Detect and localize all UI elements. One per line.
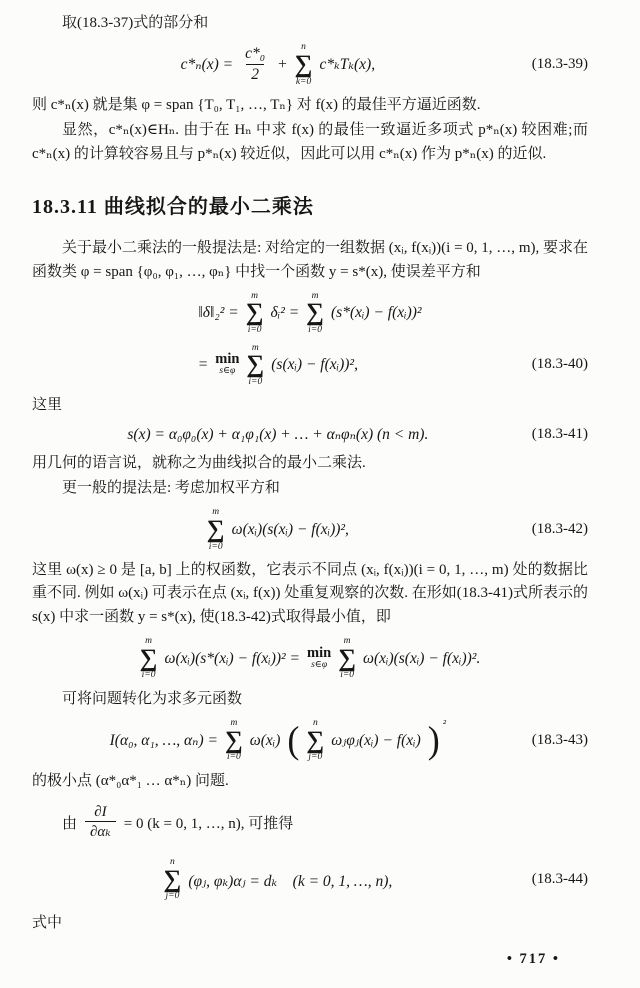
equation-18-3-43: I(α₀, α₁, …, αₙ) = m ∑ i=0 ω(xᵢ) ( n ∑ j… <box>32 718 588 763</box>
eq40-equals: = <box>198 356 208 374</box>
sigma-icon: ∑ <box>246 301 264 325</box>
eq44-body: (φⱼ, φₖ)αⱼ = dₖ (k = 0, 1, …, n), <box>188 869 392 891</box>
intro-line: 取(18.3-37)式的部分和 <box>32 12 588 35</box>
equation-number: (18.3-42) <box>532 521 588 538</box>
eq43-inner: ωⱼφⱼ(xᵢ) − f(xᵢ) <box>331 731 421 750</box>
partial-derivative-line: 由 ∂I ∂αₖ = 0 (k = 0, 1, …, n), 可推得 <box>32 803 588 841</box>
equation-number: (18.3-43) <box>532 732 588 749</box>
eq40-rhs: (s*(xᵢ) − f(xᵢ))² <box>331 304 422 322</box>
equation-18-3-42: m ∑ i=0 ω(xᵢ)(s(xᵢ) − f(xᵢ))², (18.3-42) <box>32 507 588 552</box>
paragraph-weight-function: 这里 ω(x) ≥ 0 是 [a, b] 上的权函数，它表示不同点 (xᵢ, f… <box>32 559 588 629</box>
equation-body: c*ₙ(x) = c*₀ 2 + n ∑ k=0 c*ₖTₖ(x), <box>32 42 524 87</box>
partial-prefix: 由 <box>62 812 77 833</box>
eq40-line2-rhs: (s(xᵢ) − f(xᵢ))², <box>271 356 358 374</box>
big-left-paren: ( <box>287 726 299 754</box>
sigma-icon: ∑ <box>306 729 324 753</box>
after-eq39-line: 则 c*ₙ(x) 就是集 φ = span {T₀, T₁, …, Tₙ} 对 … <box>32 94 588 117</box>
eq43-lhs: I(α₀, α₁, …, αₙ) = <box>110 731 218 750</box>
here-label: 这里 <box>32 394 588 417</box>
fraction-denominator: 2 <box>246 64 264 85</box>
paragraph-more-general: 更一般的提法是: 考虑加权平方和 <box>32 477 588 500</box>
equation-body: = min s∈φ m ∑ i=0 (s(xᵢ) − f(xᵢ))², <box>32 343 524 388</box>
summation-symbol: m ∑ i=0 <box>306 291 324 336</box>
summation-symbol: m ∑ i=0 <box>207 507 225 552</box>
equation-body: m ∑ i=0 ω(xᵢ)(s(xᵢ) − f(xᵢ))², <box>32 507 524 552</box>
paragraph-general-statement: 关于最小二乘法的一般提法是: 对给定的一组数据 (xᵢ, f(xᵢ))(i = … <box>32 237 588 284</box>
min-label: min <box>307 646 331 661</box>
eq41-body: s(x) = α₀φ₀(x) + α₁φ₁(x) + … + αₙφₙ(x) (… <box>127 425 428 444</box>
eq39-lhs: c*ₙ(x) = <box>181 55 233 74</box>
sum-lower-limit: i=0 <box>227 752 241 762</box>
min-operator: min s∈φ <box>307 646 331 672</box>
sum-lower-limit: i=0 <box>248 377 262 387</box>
sigma-icon: ∑ <box>295 53 313 77</box>
summation-symbol: m ∑ i=0 <box>246 291 264 336</box>
section-heading: 18.3.11 曲线拟合的最小二乘法 <box>32 190 588 219</box>
partial-fraction: ∂I ∂αₖ <box>85 803 116 841</box>
summation-symbol: n ∑ j=0 <box>306 718 324 763</box>
summation-symbol: n ∑ j=0 <box>164 857 182 902</box>
equation-18-3-40-line1: ‖δ‖₂² = m ∑ i=0 δᵢ² = m ∑ i=0 (s*(xᵢ) − … <box>32 291 588 336</box>
sum-lower-limit: i=0 <box>248 325 262 335</box>
sum-lower-limit: i=0 <box>308 325 322 335</box>
sigma-icon: ∑ <box>140 647 158 671</box>
partial-suffix: = 0 (k = 0, 1, …, n), 可推得 <box>124 812 293 833</box>
min-subscript: s∈φ <box>219 366 235 377</box>
equation-18-3-41: s(x) = α₀φ₀(x) + α₁φ₁(x) + … + αₙφₙ(x) (… <box>32 420 588 450</box>
sigma-icon: ∑ <box>225 729 243 753</box>
summation-symbol: m ∑ i=0 <box>140 636 158 681</box>
eq39-plus: + <box>277 56 287 74</box>
equation-body: m ∑ i=0 ω(xᵢ)(s*(xᵢ) − f(xᵢ))² = min s∈φ… <box>32 636 588 681</box>
eq39-rhs: c*ₖTₖ(x), <box>319 55 375 74</box>
eq40-lhs: ‖δ‖₂² = <box>198 304 238 322</box>
min-label: min <box>215 352 239 367</box>
sum-lower-limit: i=0 <box>209 542 223 552</box>
eq42-body: ω(xᵢ)(s(xᵢ) − f(xᵢ))², <box>232 521 349 539</box>
equation-18-3-44: n ∑ j=0 (φⱼ, φₖ)αⱼ = dₖ (k = 0, 1, …, n)… <box>32 857 588 902</box>
equation-min-unnumbered: m ∑ i=0 ω(xᵢ)(s*(xᵢ) − f(xᵢ))² = min s∈φ… <box>32 636 588 681</box>
equation-body: ‖δ‖₂² = m ∑ i=0 δᵢ² = m ∑ i=0 (s*(xᵢ) − … <box>32 291 588 336</box>
sum-lower-limit: j=0 <box>166 891 180 901</box>
equation-18-3-40-line2: = min s∈φ m ∑ i=0 (s(xᵢ) − f(xᵢ))², (18.… <box>32 343 588 388</box>
sigma-icon: ∑ <box>338 647 356 671</box>
summation-symbol: n ∑ k=0 <box>295 42 313 87</box>
summation-symbol: m ∑ i=0 <box>225 718 243 763</box>
min-operator: min s∈φ <box>215 352 239 378</box>
eqmin-part1: ω(xᵢ)(s*(xᵢ) − f(xᵢ))² = <box>165 650 301 668</box>
page-number: • 717 • <box>507 951 560 968</box>
equation-number: (18.3-44) <box>532 871 588 888</box>
big-right-paren: ) <box>428 726 440 754</box>
summation-symbol: m ∑ i=0 <box>338 636 356 681</box>
sigma-icon: ∑ <box>207 518 225 542</box>
equation-body: I(α₀, α₁, …, αₙ) = m ∑ i=0 ω(xᵢ) ( n ∑ j… <box>32 718 524 763</box>
equation-18-3-39: c*ₙ(x) = c*₀ 2 + n ∑ k=0 c*ₖTₖ(x), (18.3… <box>32 42 588 87</box>
sum-lower-limit: i=0 <box>340 670 354 680</box>
eq43-exponent: ² <box>443 718 446 730</box>
paragraph-shizhong: 式中 <box>32 912 588 935</box>
eqmin-part2: ω(xᵢ)(s(xᵢ) − f(xᵢ))². <box>363 650 480 668</box>
fraction-denominator: ∂αₖ <box>85 821 116 841</box>
paragraph-obvious: 显然，c*ₙ(x)∈Hₙ. 由于在 Hₙ 中求 f(x) 的最佳一致逼近多项式 … <box>32 119 588 166</box>
summation-symbol: m ∑ i=0 <box>246 343 264 388</box>
sigma-icon: ∑ <box>306 301 324 325</box>
paragraph-transform: 可将问题转化为求多元函数 <box>32 688 588 711</box>
fraction-numerator: ∂I <box>89 803 111 821</box>
sum-lower-limit: j=0 <box>308 752 322 762</box>
equation-number: (18.3-39) <box>532 56 588 73</box>
eq43-weight: ω(xᵢ) <box>250 732 281 750</box>
equation-number: (18.3-41) <box>532 426 588 443</box>
scanned-book-page: 取(18.3-37)式的部分和 c*ₙ(x) = c*₀ 2 + n ∑ k=0… <box>0 0 640 988</box>
sigma-icon: ∑ <box>246 353 264 377</box>
min-subscript: s∈φ <box>311 660 327 671</box>
sum-lower-limit: i=0 <box>142 670 156 680</box>
sigma-icon: ∑ <box>164 868 182 892</box>
paragraph-geometry: 用几何的语言说，就称之为曲线拟合的最小二乘法. <box>32 452 588 475</box>
equation-number: (18.3-40) <box>532 356 588 373</box>
fraction-numerator: c*₀ <box>240 45 270 64</box>
paragraph-min-point: 的极小点 (α*₀α*₁ … α*ₙ) 问题. <box>32 770 588 793</box>
equation-body: n ∑ j=0 (φⱼ, φₖ)αⱼ = dₖ (k = 0, 1, …, n)… <box>32 857 524 902</box>
sum-lower-limit: k=0 <box>296 77 311 87</box>
fraction: c*₀ 2 <box>240 45 270 84</box>
eq40-mid: δᵢ² = <box>271 304 300 322</box>
equation-body: s(x) = α₀φ₀(x) + α₁φ₁(x) + … + αₙφₙ(x) (… <box>32 425 524 444</box>
